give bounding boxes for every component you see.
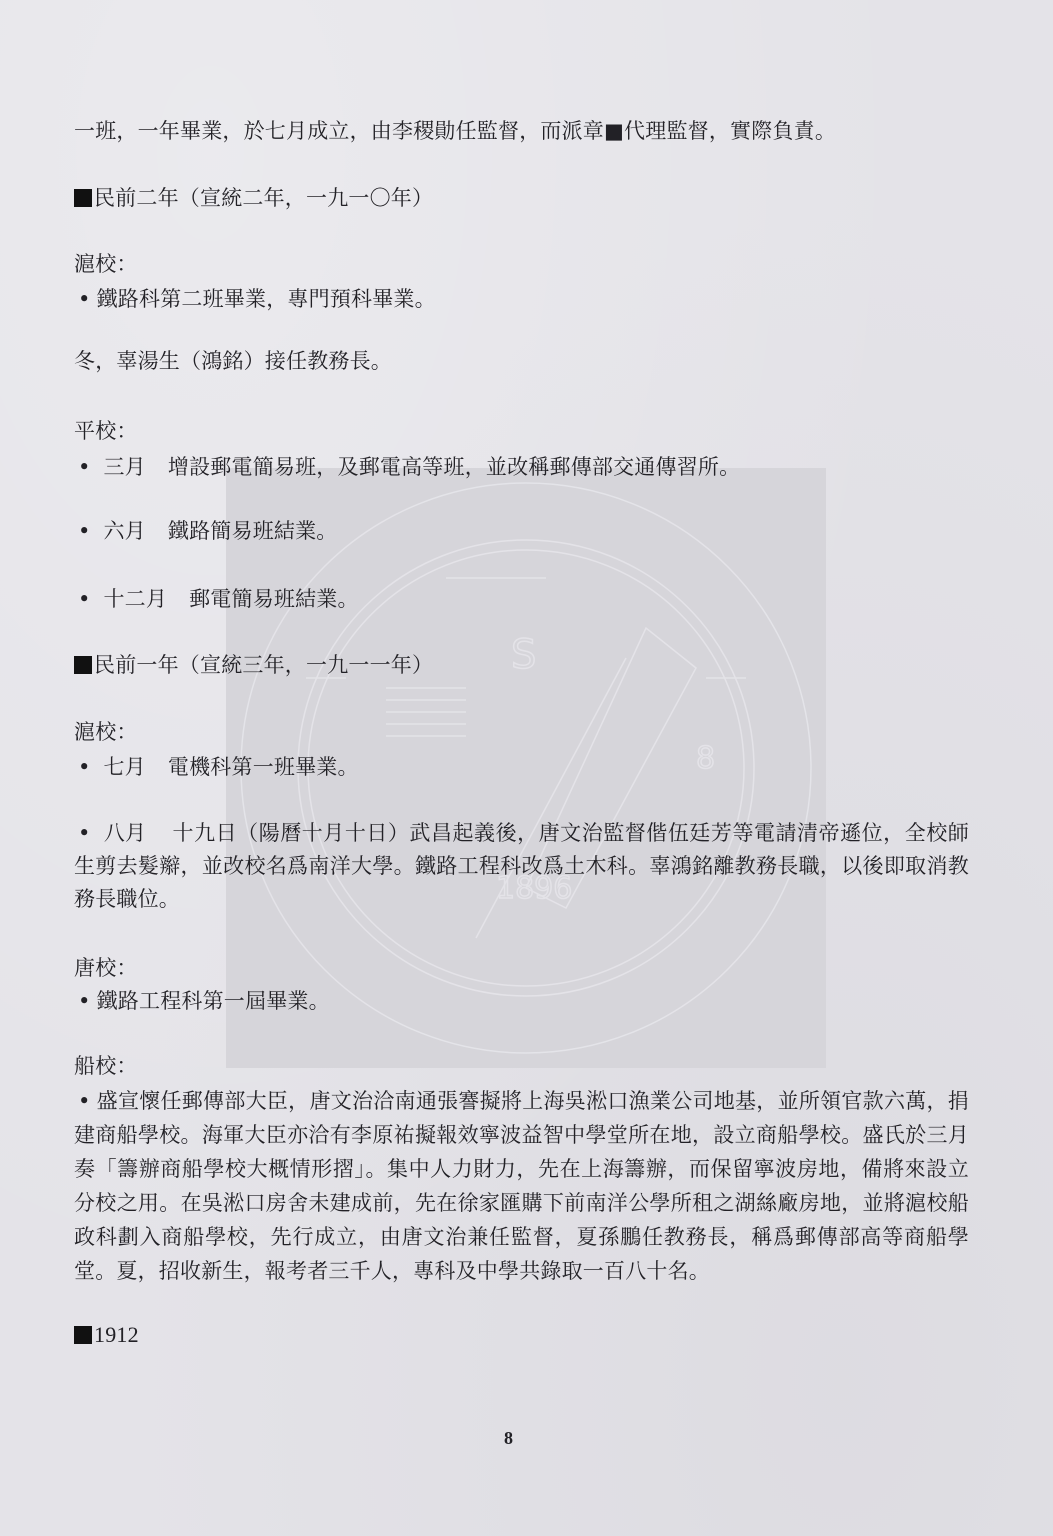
ping-school-label: 平校： — [74, 416, 138, 446]
list-item: 六月鐵路簡易班結業。 — [74, 516, 338, 546]
list-item: 鐵路工程科第一屆畢業。 — [74, 986, 330, 1016]
intro-line: 一班，一年畢業，於七月成立，由李稷勛任監督，而派章■代理監督，實際負責。 — [74, 116, 836, 146]
page-number: 8 — [504, 1428, 513, 1449]
list-item: 七月電機科第一班畢業。 — [74, 752, 359, 782]
chuan-school-label: 船校： — [74, 1051, 138, 1081]
square-marker-icon — [74, 656, 92, 674]
list-item: 十二月郵電簡易班結業。 — [74, 584, 359, 614]
tang-school-label: 唐校： — [74, 953, 138, 983]
note-line: 冬，辜湯生（鴻銘）接任教務長。 — [74, 346, 392, 376]
svg-text:S: S — [511, 632, 536, 678]
hu-school-label: 滬校： — [74, 717, 138, 747]
section-heading-1910: 民前二年（宣統二年，一九一〇年） — [74, 183, 433, 213]
list-item-paragraph: 八月十九日（陽曆十月十日）武昌起義後，唐文治監督偕伍廷芳等電請清帝遜位，全校師生… — [74, 817, 969, 916]
list-item-paragraph: 盛宣懷任郵傳部大臣，唐文治洽南通張謇擬將上海吳淞口漁業公司地基，並所領官款六萬，… — [74, 1084, 969, 1288]
list-item: 三月增設郵電簡易班，及郵電高等班，並改稱郵傳部交通傳習所。 — [74, 452, 740, 482]
section-heading-1912: 1912 — [74, 1320, 139, 1350]
square-marker-icon — [74, 189, 92, 207]
hu-school-label: 滬校： — [74, 249, 138, 279]
section-heading-1911: 民前一年（宣統三年，一九一一年） — [74, 650, 433, 680]
list-item: 鐵路科第二班畢業，專門預科畢業。 — [74, 284, 436, 314]
square-marker-icon — [74, 1326, 92, 1344]
svg-text:8: 8 — [696, 741, 715, 776]
